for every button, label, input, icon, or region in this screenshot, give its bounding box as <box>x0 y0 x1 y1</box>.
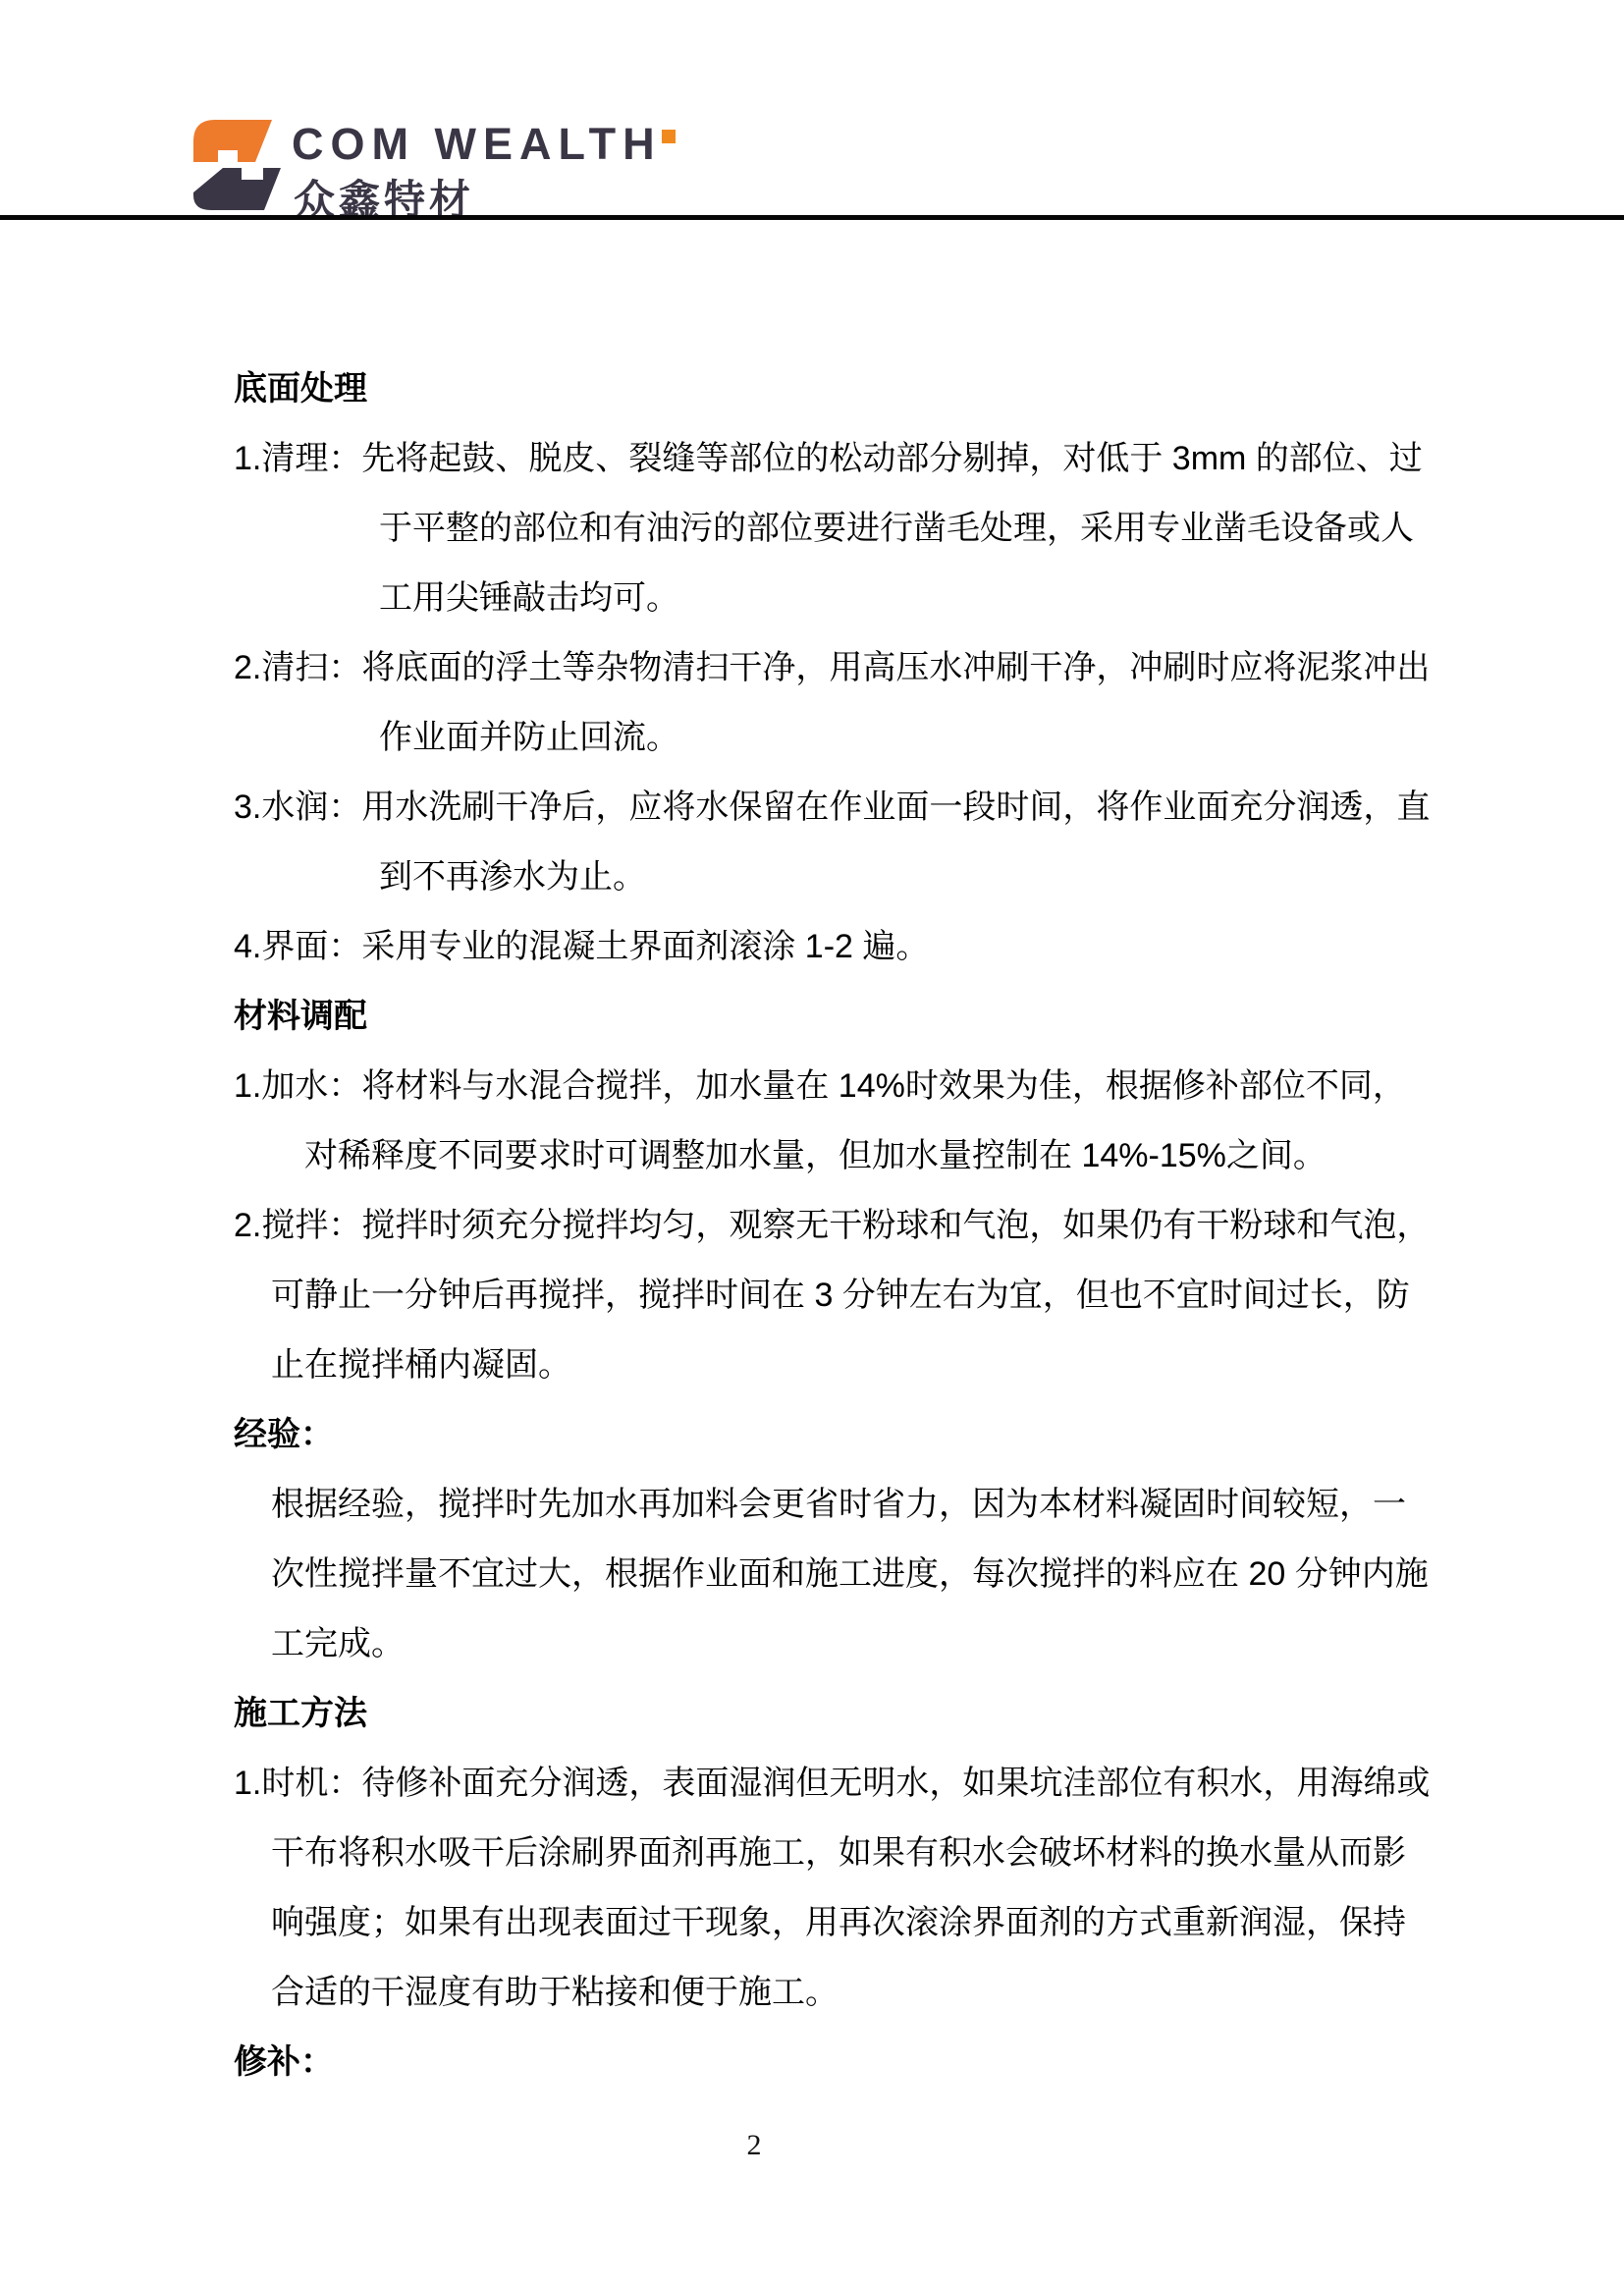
section-heading: 经验： <box>234 1400 1471 1470</box>
brand-name-english: COM WEALTH <box>292 119 662 166</box>
text-line: 止在搅拌桶内凝固。 <box>234 1331 1471 1400</box>
page-number: 2 <box>705 2129 803 2168</box>
text-line: 到不再渗水为止。 <box>234 843 1471 912</box>
text-line: 1.加水：将材料与水混合搅拌，加水量在 14%时效果为佳，根据修补部位不同， <box>234 1052 1471 1121</box>
text-line: 工完成。 <box>234 1609 1471 1679</box>
text-line: 对稀释度不同要求时可调整加水量，但加水量控制在 14%-15%之间。 <box>234 1121 1471 1191</box>
section-heading: 修补： <box>234 2028 1471 2097</box>
section-heading: 材料调配 <box>234 982 1471 1052</box>
text-line: 合适的干湿度有助于粘接和便于施工。 <box>234 1958 1471 2028</box>
text-line: 1.清理：先将起鼓、脱皮、裂缝等部位的松动部分剔掉，对低于 3mm 的部位、过 <box>234 424 1471 494</box>
section-heading: 施工方法 <box>234 1679 1471 1749</box>
header-divider-line <box>0 215 1624 220</box>
document-body: 底面处理1.清理：先将起鼓、脱皮、裂缝等部位的松动部分剔掉，对低于 3mm 的部… <box>234 354 1471 2097</box>
text-line: 3.水润：用水洗刷干净后，应将水保留在作业面一段时间，将作业面充分润透，直 <box>234 773 1471 843</box>
document-page: { "logo": { "name_en": "COM WEALTH", "na… <box>0 0 1624 2285</box>
brand-name-chinese: 众鑫特材 <box>294 168 474 217</box>
section-heading: 底面处理 <box>234 354 1471 424</box>
page-header: COM WEALTH 众鑫特材 <box>0 0 1624 220</box>
text-line: 根据经验，搅拌时先加水再加料会更省时省力，因为本材料凝固时间较短，一 <box>234 1470 1471 1540</box>
text-line: 响强度；如果有出现表面过干现象，用再次滚涂界面剂的方式重新润湿，保持 <box>234 1888 1471 1958</box>
text-line: 次性搅拌量不宜过大，根据作业面和施工进度，每次搅拌的料应在 20 分钟内施 <box>234 1540 1471 1609</box>
text-line: 1.时机：待修补面充分润透，表面湿润但无明水，如果坑洼部位有积水，用海绵或 <box>234 1749 1471 1819</box>
text-line: 2.清扫：将底面的浮土等杂物清扫干净，用高压水冲刷干净，冲刷时应将泥浆冲出 <box>234 633 1471 703</box>
text-line: 干布将积水吸干后涂刷界面剂再施工，如果有积水会破坏材料的换水量从而影 <box>234 1819 1471 1888</box>
company-logo-z-icon <box>185 116 295 214</box>
brand-orange-dot-icon <box>662 130 676 143</box>
text-line: 可静止一分钟后再搅拌，搅拌时间在 3 分钟左右为宜，但也不宜时间过长，防 <box>234 1261 1471 1331</box>
text-line: 作业面并防止回流。 <box>234 703 1471 773</box>
text-line: 2.搅拌：搅拌时须充分搅拌均匀，观察无干粉球和气泡，如果仍有干粉球和气泡， <box>234 1191 1471 1261</box>
text-line: 于平整的部位和有油污的部位要进行凿毛处理，采用专业凿毛设备或人 <box>234 494 1471 564</box>
text-line: 工用尖锤敲击均可。 <box>234 564 1471 633</box>
text-line: 4.界面：采用专业的混凝土界面剂滚涂 1-2 遍。 <box>234 912 1471 982</box>
